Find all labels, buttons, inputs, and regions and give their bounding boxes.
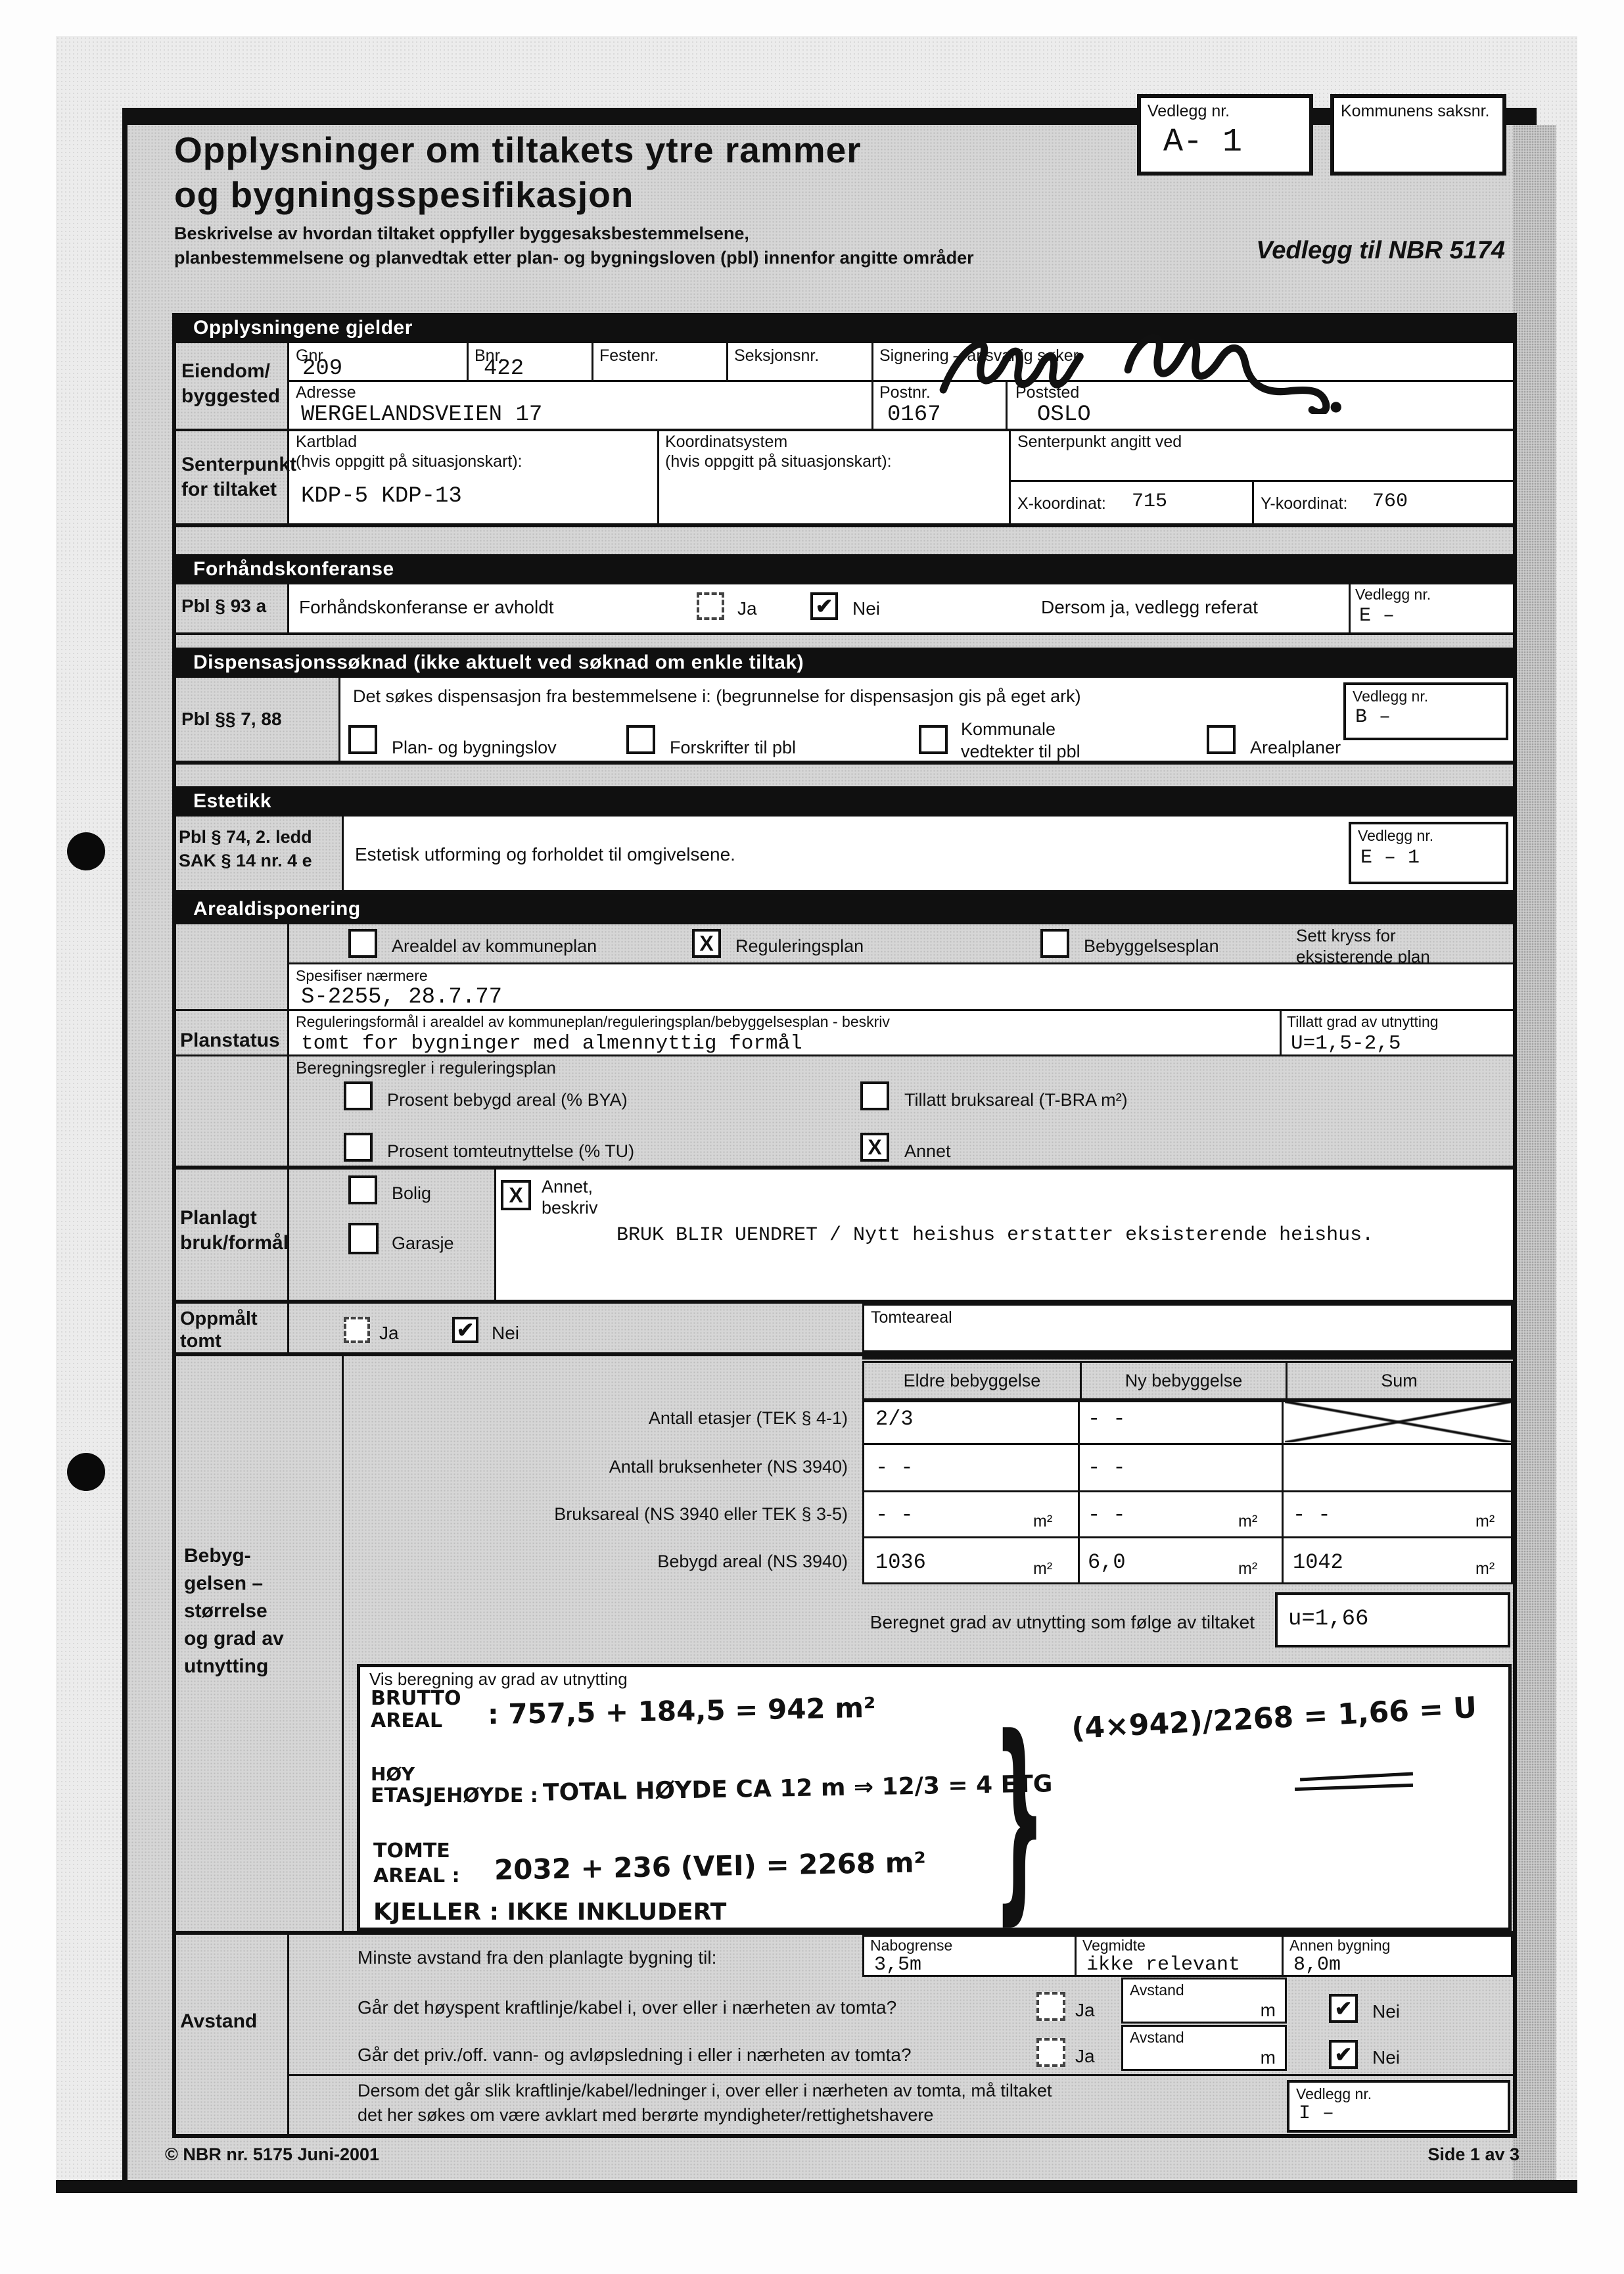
tomteareal-cell[interactable]: Tomteareal (862, 1304, 1513, 1352)
etasjer-eldre-value[interactable]: 2/3 (875, 1407, 914, 1431)
s9-vedlegg-value[interactable]: I – (1289, 2102, 1508, 2125)
section-bar-arealdisponering: Arealdisponering (172, 894, 1517, 924)
line (862, 1356, 1513, 1360)
line (172, 523, 1517, 527)
section-bar-estetikk-label: Estetikk (193, 790, 271, 813)
m2-unit: m² (1475, 1512, 1495, 1531)
handwriting-tomte[interactable]: TOMTE (373, 1839, 450, 1862)
line (172, 761, 1517, 765)
line (1349, 584, 1351, 632)
row-label-sak-14: SAK § 14 nr. 4 e (179, 851, 312, 871)
koordinatsystem-hint: (hvis oppgitt på situasjonskart): (665, 452, 892, 471)
form-title-line2: og bygningsspesifikasjon (174, 174, 634, 216)
line (287, 584, 289, 632)
tillatt-grad-value[interactable]: U=1,5-2,5 (1291, 1032, 1401, 1055)
etasjer-ny-value[interactable]: - - (1088, 1407, 1126, 1431)
bruksenheter-eldre-value[interactable]: - - (875, 1456, 914, 1480)
x-mark: X (509, 1185, 522, 1206)
checkbox-label-garasje: Garasje (392, 1233, 454, 1254)
checkbox-label-bolig: Bolig (392, 1183, 431, 1204)
checkbox-arealdel-kommuneplan[interactable] (348, 929, 377, 958)
x-koordinat-label: X-koordinat: (1017, 494, 1106, 513)
checkbox-plan-og-bygningslov[interactable] (348, 725, 377, 754)
line (342, 1356, 344, 1931)
koordinatsystem-label: Koordinatsystem (665, 433, 787, 452)
checkbox-garasje[interactable] (348, 1223, 379, 1254)
handwriting-brace: } (994, 1691, 1045, 1943)
checkbox-label-vann-ja: Ja (1075, 2046, 1095, 2067)
kartblad-value[interactable]: KDP-5 KDP-13 (301, 484, 462, 509)
line (726, 343, 728, 380)
checkmark: ✔ (1335, 2044, 1353, 2065)
row-label-for-tiltaket: for tiltaket (181, 479, 277, 501)
spesifiser-label: Spesifiser nærmere (296, 967, 428, 984)
checkbox-oppmalt-ja[interactable] (344, 1317, 370, 1343)
x-koordinat-value[interactable]: 715 (1132, 490, 1167, 513)
vann-avlop-question: Går det priv./off. vann- og avløpslednin… (358, 2045, 912, 2066)
attachment-number-label: Vedlegg nr. (1141, 98, 1309, 121)
section-bar-arealdisponering-label: Arealdisponering (193, 898, 361, 920)
s4-vedlegg-box: Vedlegg nr. E – 1 (1349, 822, 1508, 884)
vegmidte-label: Vegmidte (1082, 1937, 1146, 1954)
handwriting-hoy[interactable]: HØY (371, 1763, 415, 1785)
line (338, 678, 340, 763)
postnr-value[interactable]: 0167 (887, 402, 941, 427)
row-label-oppmalt: Oppmålt (180, 1308, 258, 1330)
checkbox-bebyggelsesplan[interactable] (1040, 929, 1069, 958)
poststed-label: Poststed (1015, 383, 1079, 402)
line (342, 817, 344, 890)
annen-bygning-value[interactable]: 8,0m (1293, 1954, 1341, 1976)
checkbox-label-hoyspent-ja: Ja (1075, 2000, 1095, 2021)
checkmark: ✔ (1335, 1998, 1353, 2019)
meter-unit: m (1123, 2046, 1285, 2068)
sett-kryss-text-1: Sett kryss for (1296, 926, 1396, 946)
y-koordinat-label: Y-koordinat: (1261, 494, 1348, 513)
handwriting-kjeller[interactable]: KJELLER : IKKE INKLUDERT (373, 1899, 726, 1926)
row-label-pbl-74: Pbl § 74, 2. ledd (179, 827, 312, 847)
line (172, 1054, 1517, 1056)
s2-vedlegg-label: Vedlegg nr. (1355, 586, 1431, 603)
row-label-pbl-93a: Pbl § 93 a (181, 596, 266, 617)
s4-vedlegg-label: Vedlegg nr. (1351, 824, 1506, 844)
spesifiser-value[interactable]: S-2255, 28.7.77 (301, 985, 502, 1010)
checkbox-vann-ja[interactable] (1036, 2038, 1065, 2067)
bruksenheter-ny-value[interactable]: - - (1088, 1456, 1126, 1480)
hoyspent-question: Går det høyspent kraftlinje/kabel i, ove… (358, 1997, 896, 2018)
table-row-label-bebygd-areal: Bebygd areal (NS 3940) (342, 1552, 848, 1572)
attachment-number-box: Vedlegg nr. A- 1 (1137, 94, 1313, 176)
line (1078, 1400, 1080, 1584)
dersom-kraftlinje-text-1: Dersom det går slik kraftlinje/kabel/led… (358, 2081, 1052, 2101)
line (467, 343, 469, 380)
section-bar-estetikk: Estetikk (172, 786, 1517, 817)
m2-unit: m² (1238, 1512, 1257, 1531)
line (172, 429, 1517, 431)
s4-vedlegg-value[interactable]: E – 1 (1351, 844, 1506, 869)
table-row-label-bruksareal: Bruksareal (NS 3940 eller TEK § 3-5) (342, 1504, 848, 1525)
line (1280, 1011, 1282, 1054)
reguleringsformal-value[interactable]: tomt for bygninger med almennyttig formå… (301, 1032, 802, 1055)
s3-vedlegg-value[interactable]: B – (1346, 705, 1506, 728)
scanned-form-page: Vedlegg nr. A- 1 Kommunens saksnr. Opply… (0, 0, 1624, 2274)
s9-vedlegg-box: Vedlegg nr. I – (1287, 2080, 1510, 2133)
column-header-ny: Ny bebyggelse (1082, 1363, 1288, 1398)
dersom-ja-text: Dersom ja, vedlegg referat (1041, 597, 1258, 618)
row-label-eiendom: Eiendom/ (181, 360, 270, 383)
nbr-reference: Vedlegg til NBR 5174 (1025, 237, 1505, 265)
checkbox-label-hoyspent-nei: Nei (1372, 2001, 1400, 2022)
checkbox-annet-beskriv[interactable]: X (501, 1180, 531, 1210)
forhandskonferanse-text: Forhåndskonferanse er avholdt (299, 597, 554, 618)
municipality-case-label: Kommunens saksnr. (1334, 98, 1502, 121)
checkbox-bya[interactable] (344, 1081, 373, 1110)
checkbox-forskrifter[interactable] (626, 725, 655, 754)
checkbox-label-arealdel: Arealdel av kommuneplan (392, 936, 597, 957)
form-subtitle-line1: Beskrivelse av hvordan tiltaket oppfylle… (174, 224, 749, 244)
line (287, 343, 289, 526)
form-title-line1: Opplysninger om tiltakets ytre rammer (174, 129, 862, 171)
section-bar-forhandskonferanse-label: Forhåndskonferanse (193, 558, 394, 580)
section-bar-forhandskonferanse: Forhåndskonferanse (172, 554, 1517, 584)
row-label-bebyggelsen-3: størrelse (184, 1600, 267, 1623)
seksjonsnr-label: Seksjonsnr. (734, 346, 819, 366)
handwriting-brutto[interactable]: BRUTTO (371, 1687, 461, 1710)
checkbox-label-oppmalt-nei: Nei (492, 1323, 519, 1344)
x-mark: X (699, 933, 713, 954)
section-bar-dispensasjon-label: Dispensasjonssøknad (ikke aktuelt ved sø… (193, 651, 804, 674)
beregningsregler-label: Beregningsregler i reguleringsplan (296, 1058, 556, 1078)
bebygd-eldre-value[interactable]: 1036 (875, 1550, 926, 1575)
checkbox-oppmalt-nei[interactable]: ✔ (452, 1317, 478, 1343)
avstand-label: Avstand (1123, 2027, 1285, 2046)
adresse-label: Adresse (296, 383, 356, 402)
s2-vedlegg-value[interactable]: E – (1359, 605, 1395, 627)
reguleringsformal-label: Reguleringsformål i arealdel av kommunep… (296, 1013, 890, 1030)
footer-form-number: © NBR nr. 5175 Juni-2001 (165, 2144, 379, 2165)
gnr-value[interactable]: 209 (302, 356, 342, 381)
s3-vedlegg-label: Vedlegg nr. (1346, 685, 1506, 705)
avstand-m-box-1[interactable]: Avstand m (1121, 1978, 1287, 2024)
minste-avstand-text: Minste avstand fra den planlagte bygning… (358, 1947, 716, 1968)
checkbox-label-tbra: Tillatt bruksareal (T-BRA m²) (904, 1090, 1128, 1110)
beregnet-grad-label: Beregnet grad av utnytting som følge av … (342, 1612, 1255, 1633)
sum-cell-crossed-out (1285, 1402, 1512, 1442)
bruksareal-ny-value[interactable]: - - (1088, 1503, 1126, 1527)
column-header-eldre: Eldre bebyggelse (864, 1363, 1082, 1398)
vegmidte-value[interactable]: ikke relevant (1086, 1954, 1240, 1976)
tomteareal-label: Tomteareal (864, 1306, 1511, 1327)
line (1252, 480, 1254, 523)
checkbox-label-bebyggelsesplan: Bebyggelsesplan (1084, 936, 1219, 957)
senterpunkt-angitt-label: Senterpunkt angitt ved (1017, 433, 1182, 452)
adresse-value[interactable]: WERGELANDSVEIEN 17 (301, 402, 542, 427)
postnr-label: Postnr. (879, 383, 931, 402)
table-row-label-bruksenheter: Antall bruksenheter (NS 3940) (342, 1457, 848, 1477)
beregnet-grad-value[interactable]: u=1,66 (1278, 1595, 1508, 1632)
bruksareal-eldre-value[interactable]: - - (875, 1503, 914, 1527)
checkbox-label-arealplaner: Arealplaner (1250, 738, 1341, 758)
row-label-senterpunkt: Senterpunkt (181, 454, 296, 476)
checkbox-label-ja: Ja (737, 598, 757, 619)
row-label-pbl-7-88: Pbl §§ 7, 88 (181, 709, 282, 730)
row-label-byggested: byggested (181, 385, 280, 408)
s9-vedlegg-label: Vedlegg nr. (1289, 2083, 1508, 2102)
table-row-label-etasjer: Antall etasjer (TEK § 4-1) (342, 1408, 848, 1429)
line (657, 429, 659, 523)
checkbox-label-annet: Annet (904, 1141, 951, 1162)
checkbox-forhandskonferanse-nei[interactable]: ✔ (810, 592, 838, 620)
line (287, 1935, 289, 2134)
checkbox-reguleringsplan[interactable]: X (692, 929, 721, 958)
handwriting-brutto-formel[interactable]: : 757,5 + 184,5 = 942 m² (488, 1692, 876, 1730)
checkbox-bolig[interactable] (348, 1175, 377, 1204)
line (862, 1443, 1513, 1445)
nabogrense-label: Nabogrense (870, 1937, 952, 1954)
bebygd-sum-value[interactable]: 1042 (1293, 1550, 1343, 1575)
page-edge-shading (1513, 125, 1556, 2180)
column-header-sum: Sum (1288, 1363, 1511, 1398)
municipality-case-box: Kommunens saksnr. (1330, 94, 1506, 176)
form-subtitle-line2: planbestemmelsene og planvedtak etter pl… (174, 248, 974, 268)
checkbox-label-nei: Nei (852, 598, 880, 619)
line (1282, 1935, 1284, 1977)
form-bottom-border (56, 2180, 1577, 2193)
checkbox-hoyspent-ja[interactable] (1036, 1992, 1065, 2021)
line (862, 1536, 1513, 1538)
handwriting-areal2[interactable]: AREAL : (373, 1864, 460, 1887)
nabogrense-value[interactable]: 3,5m (874, 1954, 921, 1976)
row-label-bebyggelsen-4: og grad av (184, 1628, 284, 1650)
dispensasjon-text: Det søkes dispensasjon fra bestemmelsene… (353, 686, 1081, 707)
checkbox-label-forskrifter: Forskrifter til pbl (670, 738, 796, 758)
checkbox-tbra[interactable] (860, 1081, 889, 1110)
line (287, 1304, 289, 1354)
meter-unit: m (1123, 1999, 1285, 2021)
festenr-label: Festenr. (599, 346, 659, 366)
annen-bygning-label: Annen bygning (1289, 1937, 1390, 1954)
checkbox-label-vedtekter: vedtekter til pbl (961, 742, 1080, 762)
footer-page-number: Side 1 av 3 (1314, 2144, 1520, 2165)
line (862, 1490, 1513, 1492)
section-bar-opplysningene-label: Opplysningene gjelder (193, 317, 413, 339)
poststed-value[interactable]: OSLO (1037, 402, 1091, 427)
row-label-tomt: tomt (180, 1331, 221, 1352)
line (494, 1170, 496, 1300)
checkbox-annet-beregning[interactable]: X (860, 1133, 889, 1162)
kartblad-label: Kartblad (296, 433, 357, 452)
form-left-border (122, 108, 128, 2180)
line (1282, 1400, 1284, 1584)
checkbox-label-reguleringsplan: Reguleringsplan (735, 936, 864, 957)
checkbox-arealplaner[interactable] (1207, 725, 1236, 754)
checkbox-tu[interactable] (344, 1133, 373, 1162)
checkbox-label-kommunale: Kommunale (961, 719, 1056, 740)
signature-scribble[interactable] (933, 322, 1393, 414)
row-label-bebyggelsen-2: gelsen – (184, 1573, 263, 1595)
row-label-planlagt: Planlagt (180, 1207, 257, 1229)
x-mark: X (868, 1137, 881, 1158)
row-label-avstand: Avstand (180, 2010, 257, 2033)
line (172, 632, 1517, 635)
checkmark: ✔ (457, 1319, 475, 1340)
checkbox-kommunale-vedtekter[interactable] (919, 725, 948, 754)
estetikk-text: Estetisk utforming og forholdet til omgi… (355, 844, 735, 865)
dersom-kraftlinje-text-2: det her søkes om være avklart med berørt… (358, 2105, 933, 2125)
attachment-number-value[interactable]: A- 1 (1141, 121, 1309, 161)
checkbox-label-oppmalt-ja: Ja (379, 1323, 399, 1344)
hole-punch-bottom (67, 1453, 105, 1491)
checkbox-label-bya: Prosent bebygd areal (% BYA) (387, 1090, 628, 1110)
line (1009, 429, 1011, 523)
s3-vedlegg-box: Vedlegg nr. B – (1343, 682, 1508, 740)
checkbox-label-annet-1: Annet, (542, 1177, 593, 1197)
line (1009, 480, 1513, 482)
checkmark: ✔ (816, 596, 833, 617)
row-label-planstatus: Planstatus (180, 1030, 280, 1052)
section-bar-dispensasjon: Dispensasjonssøknad (ikke aktuelt ved sø… (172, 648, 1517, 678)
tillatt-grad-label: Tillatt grad av utnytting (1287, 1013, 1439, 1030)
beregnet-grad-box: u=1,66 (1275, 1592, 1510, 1647)
y-koordinat-value[interactable]: 760 (1372, 490, 1408, 513)
line (287, 2074, 1513, 2076)
m2-unit: m² (1238, 1559, 1257, 1578)
form-top-border (122, 108, 1537, 125)
row-label-bebyggelsen-5: utnytting (184, 1655, 268, 1678)
handwriting-areal[interactable]: AREAL (371, 1709, 442, 1732)
hole-punch-top (67, 832, 105, 870)
m2-unit: m² (1475, 1559, 1495, 1578)
line (871, 343, 873, 429)
m2-unit: m² (1033, 1559, 1052, 1578)
checkbox-label-vann-nei: Nei (1372, 2047, 1400, 2068)
line (592, 343, 593, 380)
checkbox-forhandskonferanse-ja[interactable] (697, 592, 724, 620)
avstand-label: Avstand (1123, 1979, 1285, 1999)
avstand-m-box-2[interactable]: Avstand m (1121, 2025, 1287, 2071)
bruk-beskrivelse-value[interactable]: BRUK BLIR UENDRET / Nytt heishus erstatt… (616, 1224, 1374, 1246)
bebyggelse-table-header: Eldre bebyggelse Ny bebyggelse Sum (862, 1361, 1513, 1400)
bnr-value[interactable]: 422 (484, 356, 524, 381)
checkbox-label-tu: Prosent tomteutnyttelse (% TU) (387, 1141, 634, 1162)
m2-unit: m² (1033, 1512, 1052, 1531)
bruksareal-sum-value[interactable]: - - (1293, 1503, 1331, 1527)
handwriting-etasjehoyde[interactable]: ETASJEHØYDE : (371, 1784, 538, 1807)
kartblad-hint: (hvis oppgitt på situasjonskart): (296, 452, 522, 471)
row-label-bruk-formal: bruk/formål (180, 1232, 289, 1254)
checkbox-label-plan-og-bygningslov: Plan- og bygningslov (392, 738, 557, 758)
checkbox-label-annet-2: beskriv (542, 1198, 598, 1218)
line (1075, 1935, 1077, 1977)
checkbox-hoyspent-nei[interactable]: ✔ (1329, 1994, 1358, 2023)
row-label-bebyggelsen-1: Bebyg- (184, 1545, 251, 1567)
checkbox-vann-nei[interactable]: ✔ (1329, 2040, 1358, 2069)
bebygd-ny-value[interactable]: 6,0 (1088, 1550, 1126, 1575)
